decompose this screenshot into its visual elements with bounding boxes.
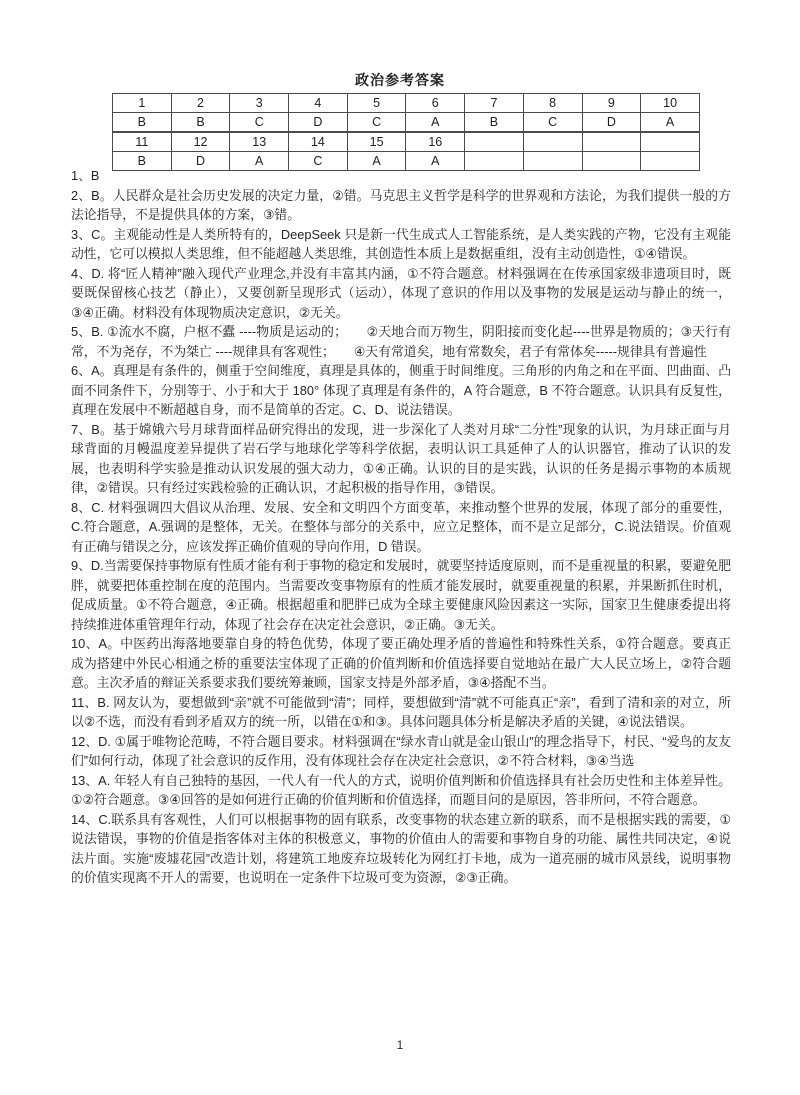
table-cell: C	[347, 113, 406, 133]
table-cell: 15	[347, 132, 406, 152]
table-cell: A	[406, 113, 465, 133]
explanation-paragraph: 8、C. 材料强调四大倡议从治理、发展、安全和文明四个方面变革，来推动整个世界的…	[71, 498, 731, 557]
table-cell: 1	[113, 94, 172, 113]
explanation-paragraph: 4、D. 将“匠人精神”融入现代产业理念,并没有丰富其内涵，①不符合题意。材料强…	[71, 264, 731, 323]
table-cell: B	[465, 113, 524, 133]
table-cell: 5	[347, 94, 406, 113]
table-cell: D	[582, 113, 641, 133]
explanation-paragraph: 11、B. 网友认为，要想做到“亲”就不可能做到“清”；同样，要想做到“清”就不…	[71, 693, 731, 732]
explanation-paragraph: 14、C.联系具有客观性，人们可以根据事物的固有联系，改变事物的状态建立新的联系…	[71, 810, 731, 888]
explanations: 1、B2、B。人民群众是社会历史发展的决定力量，②错。马克思主义哲学是科学的世界…	[71, 166, 731, 888]
table-row: BBCDCABCDA	[113, 113, 700, 133]
answer-table-body: 12345678910BBCDCABCDA111213141516BDACAA	[113, 94, 700, 171]
table-cell	[523, 132, 582, 152]
table-cell: 10	[641, 94, 700, 113]
explanation-paragraph: 13、A. 年轻人有自己独特的基因，一代人有一代人的方式，说明价值判断和价值选择…	[71, 771, 731, 810]
table-cell: 2	[171, 94, 230, 113]
table-cell: 11	[113, 132, 172, 152]
table-cell	[582, 132, 641, 152]
table-cell: 8	[523, 94, 582, 113]
table-cell: 13	[230, 132, 289, 152]
table-cell	[465, 132, 524, 152]
table-cell: D	[289, 113, 348, 133]
table-cell: A	[641, 113, 700, 133]
explanation-paragraph: 9、D.当需要保持事物原有性质才能有利于事物的稳定和发展时，就要坚持适度原则，而…	[71, 556, 731, 634]
explanation-paragraph: 2、B。人民群众是社会历史发展的决定力量，②错。马克思主义哲学是科学的世界观和方…	[71, 186, 731, 225]
table-cell	[641, 132, 700, 152]
table-cell: 16	[406, 132, 465, 152]
answer-table: 12345678910BBCDCABCDA111213141516BDACAA	[112, 93, 700, 171]
table-cell: 4	[289, 94, 348, 113]
explanation-paragraph: 10、A。中医药出海落地要靠自身的特色优势，体现了要正确处理矛盾的普遍性和特殊性…	[71, 634, 731, 693]
page-title: 政治参考答案	[0, 70, 800, 90]
table-row: 12345678910	[113, 94, 700, 113]
table-cell: 9	[582, 94, 641, 113]
document-page: 政治参考答案 12345678910BBCDCABCDA111213141516…	[0, 0, 800, 1095]
table-cell: C	[523, 113, 582, 133]
explanation-paragraph: 5、B. ①流水不腐，户枢不蠹 ----物质是运动的； ②天地合而万物生，阴阳接…	[71, 322, 731, 361]
table-cell: B	[113, 113, 172, 133]
table-cell: 7	[465, 94, 524, 113]
explanation-paragraph: 3、C。主观能动性是人类所特有的，DeepSeek 只是新一代生成式人工智能系统…	[71, 225, 731, 264]
table-cell: 12	[171, 132, 230, 152]
table-cell: 14	[289, 132, 348, 152]
table-cell: B	[171, 113, 230, 133]
table-cell: 3	[230, 94, 289, 113]
table-cell: 6	[406, 94, 465, 113]
explanation-paragraph: 12、D. ①属于唯物论范畴，不符合题目要求。材料强调在“绿水青山就是金山银山”…	[71, 732, 731, 771]
page-number: 1	[0, 1038, 800, 1052]
explanation-paragraph: 7、B。基于嫦娥六号月球背面样品研究得出的发现，进一步深化了人类对月球“二分性”…	[71, 420, 731, 498]
table-row: 111213141516	[113, 132, 700, 152]
explanation-paragraph: 1、B	[71, 166, 731, 186]
table-cell: C	[230, 113, 289, 133]
explanation-paragraph: 6、A。真理是有条件的，侧重于空间维度，真理是具体的，侧重于时间维度。三角形的内…	[71, 361, 731, 420]
